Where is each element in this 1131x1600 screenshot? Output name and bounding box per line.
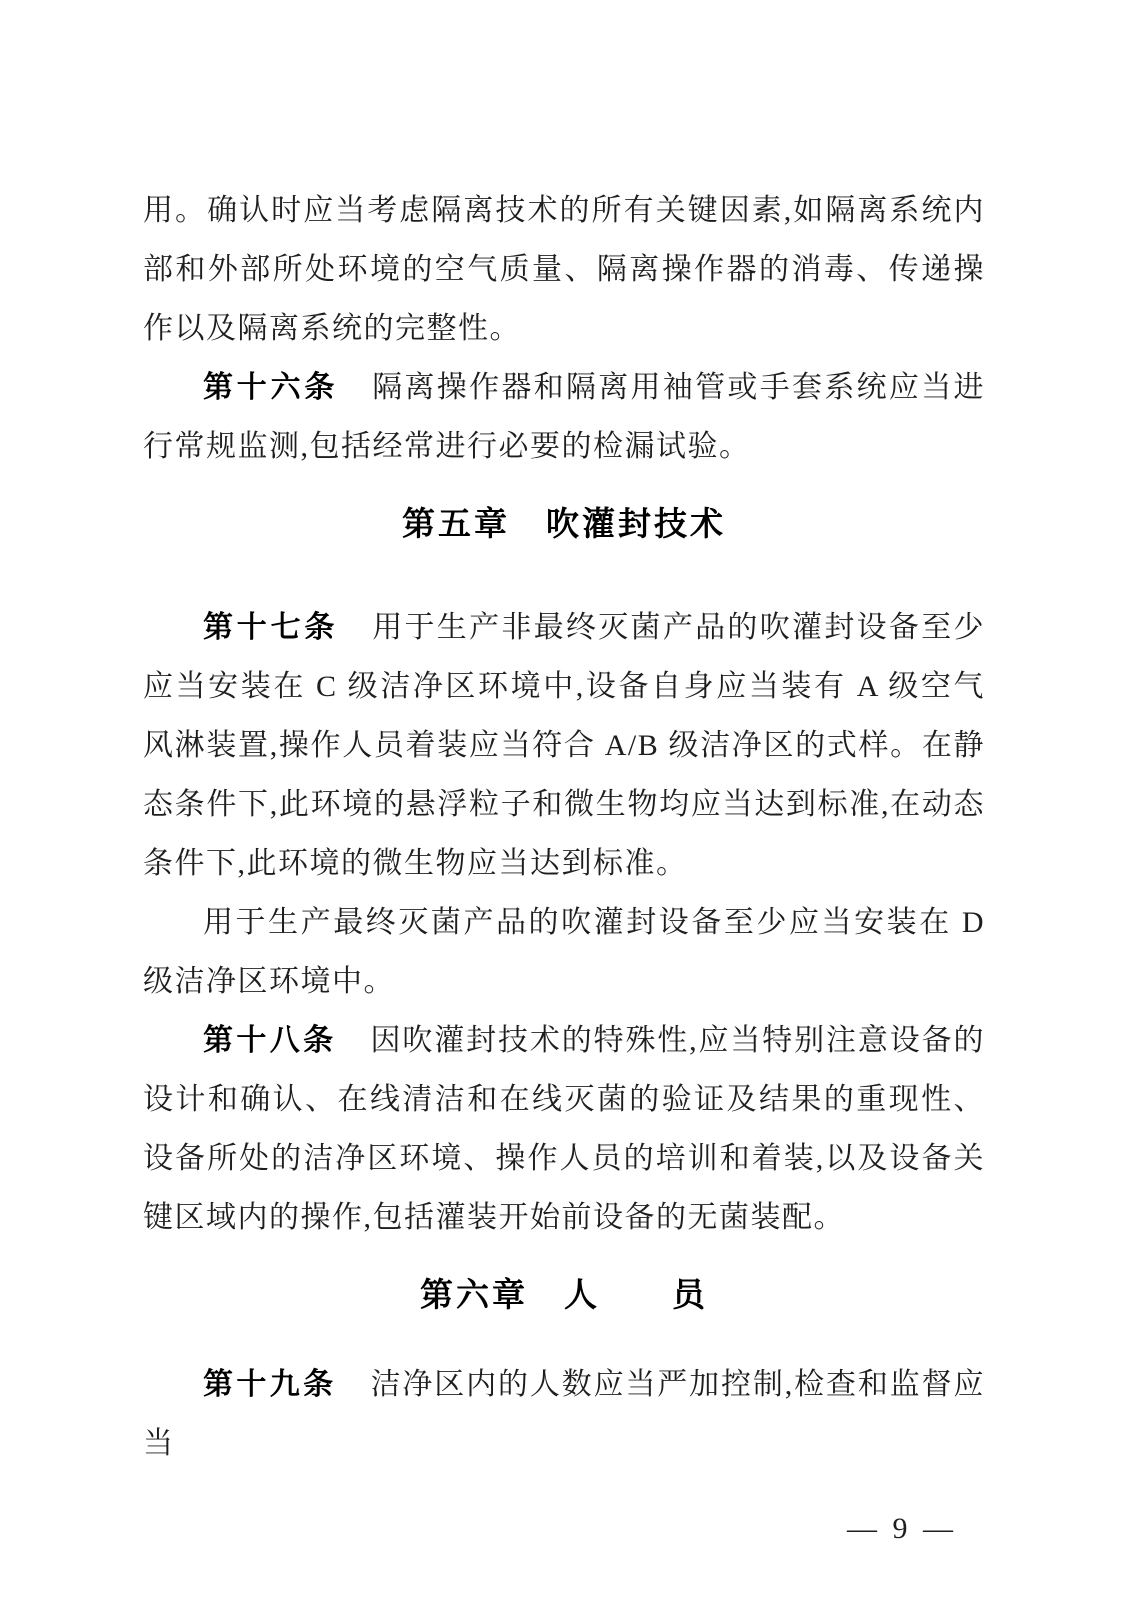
document-page: 用。确认时应当考虑隔离技术的所有关键因素,如隔离系统内部和外部所处环境的空气质量… — [0, 0, 1131, 1600]
paragraph-terminal-sterilization: 用于生产最终灭菌产品的吹灌封设备至少应当安装在 D 级洁净区环境中。 — [143, 893, 985, 1011]
chapter-5-heading: 第五章 吹灌封技术 — [143, 502, 985, 546]
paragraph-article-17: 第十七条用于生产非最终灭菌产品的吹灌封设备至少应当安装在 C 级洁净区环境中,设… — [143, 598, 985, 893]
text-column: 用。确认时应当考虑隔离技术的所有关键因素,如隔离系统内部和外部所处环境的空气质量… — [143, 181, 985, 1558]
article-17-number: 第十七条 — [203, 611, 338, 644]
page-number: — 9 — — [143, 1499, 985, 1558]
paragraph-article-18: 第十八条因吹灌封技术的特殊性,应当特别注意设备的设计和确认、在线清洁和在线灭菌的… — [143, 1011, 985, 1247]
paragraph-article-16: 第十六条隔离操作器和隔离用袖管或手套系统应当进行常规监测,包括经常进行必要的检漏… — [143, 358, 985, 476]
paragraph-continuation: 用。确认时应当考虑隔离技术的所有关键因素,如隔离系统内部和外部所处环境的空气质量… — [143, 181, 985, 358]
article-18-number: 第十八条 — [203, 1024, 336, 1057]
article-16-number: 第十六条 — [203, 371, 338, 404]
article-19-number: 第十九条 — [203, 1368, 336, 1401]
paragraph-article-19: 第十九条洁净区内的人数应当严加控制,检查和监督应当 — [143, 1355, 985, 1473]
article-17-text: 用于生产非最终灭菌产品的吹灌封设备至少应当安装在 C 级洁净区环境中,设备自身应… — [143, 611, 985, 880]
chapter-6-heading: 第六章 人 员 — [143, 1273, 985, 1317]
